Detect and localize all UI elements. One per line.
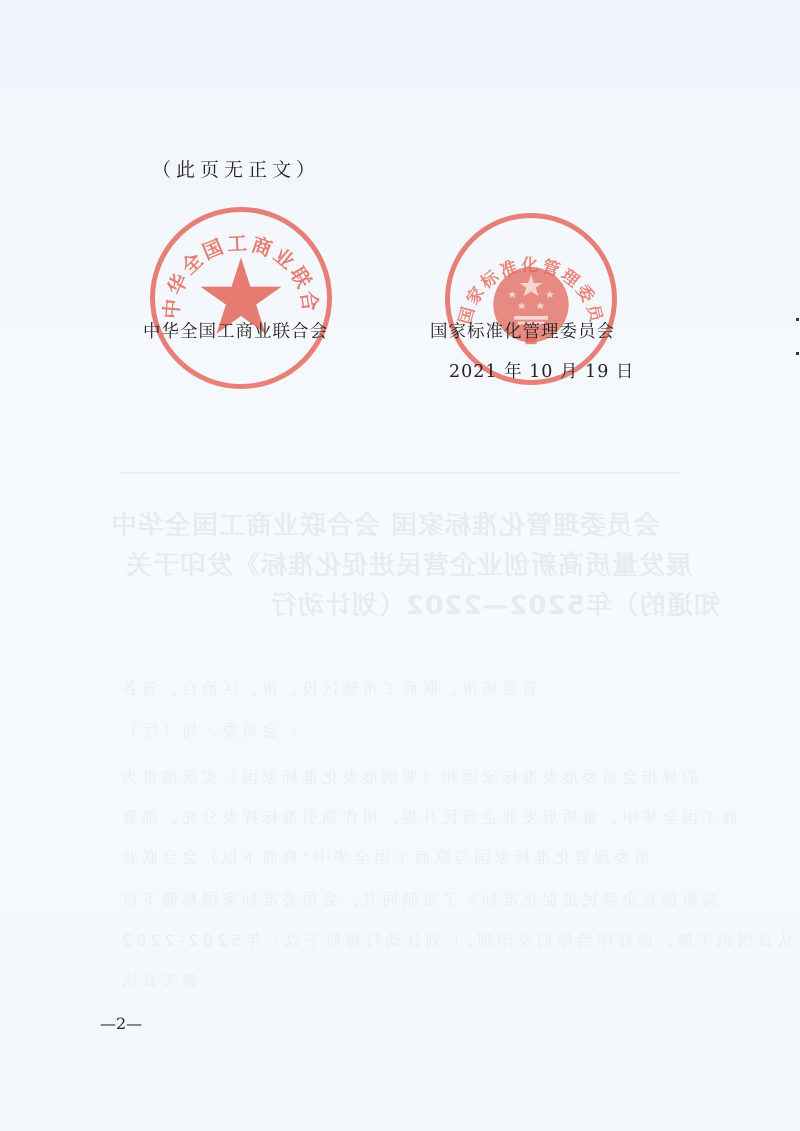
seal-acfic: 中华全国工商业联合会 — [150, 207, 332, 389]
signatory-acfic: 中华全国工商业联合会 — [143, 318, 328, 343]
bleed-through-texture: ：会员委、局（厅） — [118, 718, 298, 741]
bleed-through-texture: 高新创业企营民进促化准标》了定制同共，会员委准标家国称简下以 — [118, 887, 718, 910]
bleed-through-texture: 展发量质高新创业企营民进促化准标》发印于关 — [125, 545, 692, 582]
bleed-through-texture: 认真组织实施，请好印给你们发印现，）划计动行称简下以）年5202-2202 — [118, 928, 793, 951]
scan-edge-mark — [796, 318, 799, 321]
bleed-through-texture: 商工国全华中，量质展发业企营民升提，用作领引准标挥发分充，部署 — [118, 805, 738, 828]
bleed-through-texture: 知通的）年5202—2202（划计动行 — [270, 585, 720, 622]
signatory-sac: 国家标准化管理委员会 — [430, 318, 615, 343]
seal-acfic-graphic: 中华全国工商业联合会 — [155, 212, 327, 384]
seal-sac-graphic: 国家标准化管理委员会 — [450, 218, 612, 380]
bleed-through-rule — [120, 472, 680, 474]
bleed-through-texture: 的导指会员委展发准标家国和《要纲展发化准标家国》实落彻贯为 — [118, 765, 698, 788]
bleed-through-texture: 。施实真认 — [118, 968, 218, 991]
scan-edge-mark — [796, 352, 799, 355]
page-number: —2— — [100, 1014, 142, 1033]
no-body-text-note: （此页无正文） — [152, 155, 320, 182]
issue-date: 2021 年 10 月 19 日 — [449, 358, 634, 383]
bleed-through-texture: 会员委理管化准标家国 会合联业商工国全华中 — [110, 505, 660, 542]
document-page: 会员委理管化准标家国 会合联业商工国全华中 展发量质高新创业企营民进促化准标》发… — [0, 0, 800, 1131]
bleed-through-texture: 管监场市、联商工市辖区设、市、区治自、省各 — [118, 676, 538, 699]
bleed-through-texture: 员委理管化准标家国与联商工国全华中“称简下以）会合联业 — [118, 845, 650, 868]
